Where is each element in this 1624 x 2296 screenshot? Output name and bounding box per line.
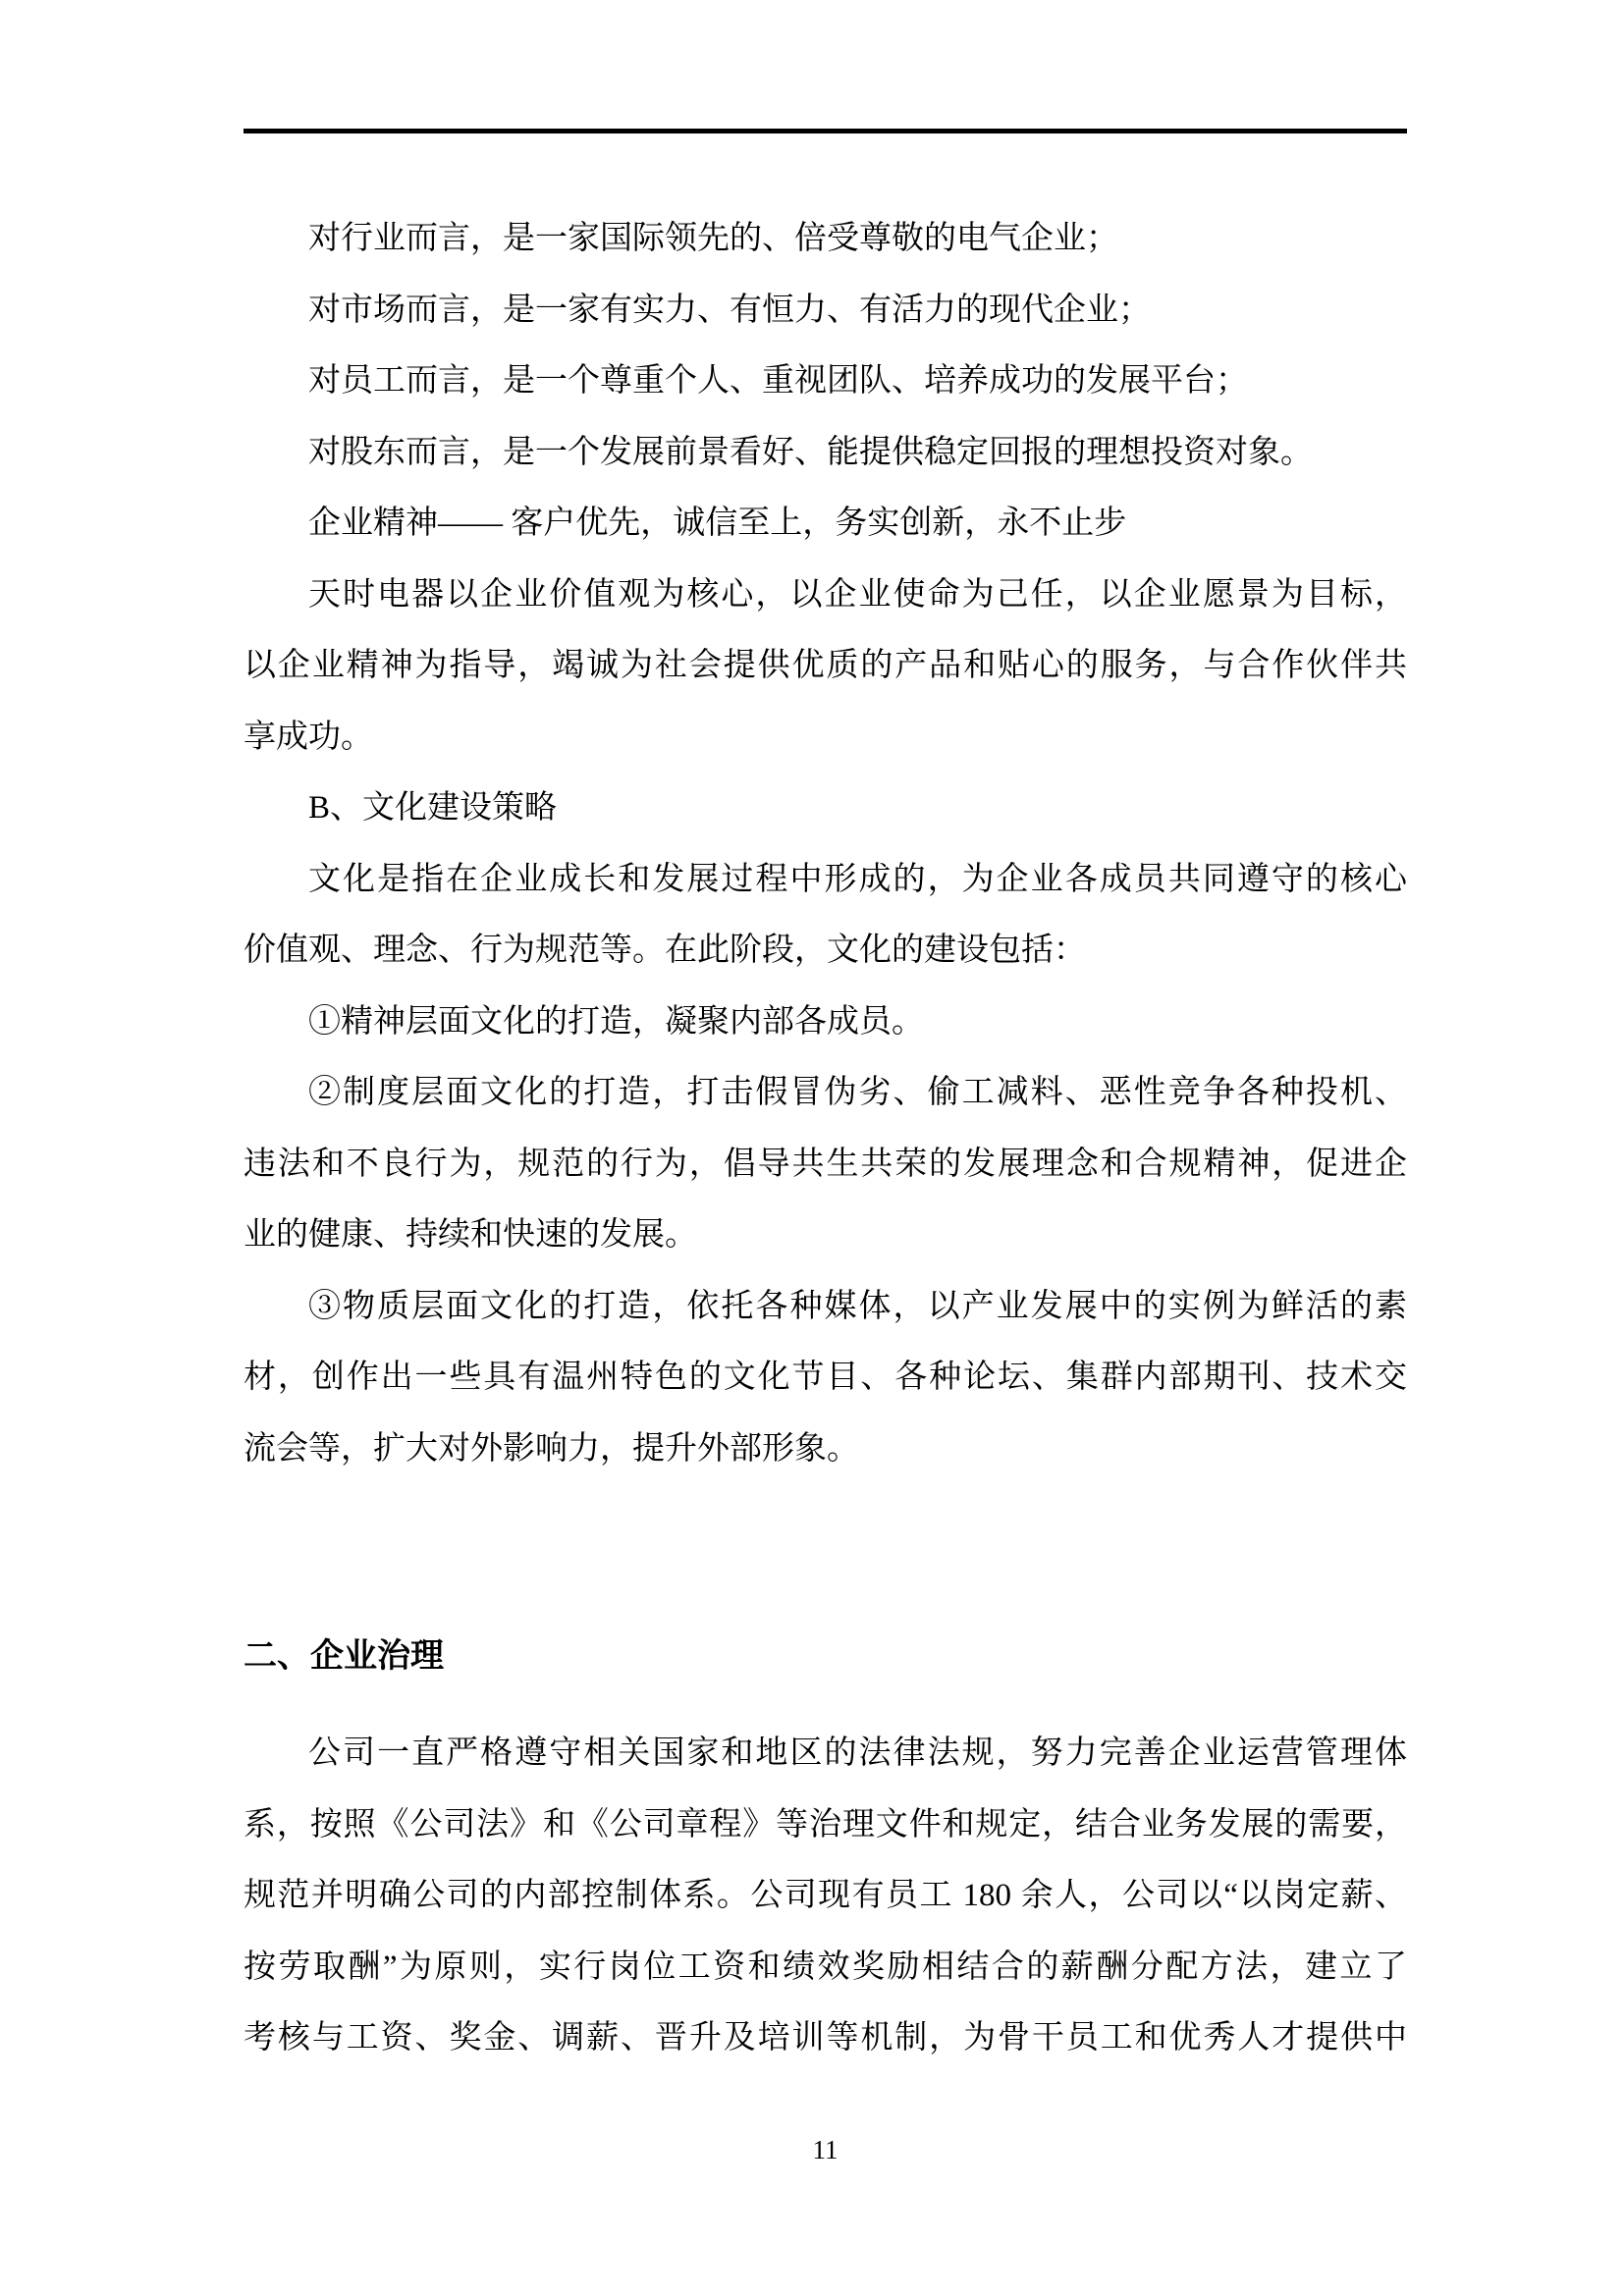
text-line: 公司一直严格遵守相关国家和地区的法律法规，努力完善企业运营管理体 xyxy=(244,1718,1407,1789)
text-line: B、文化建设策略 xyxy=(244,773,1407,844)
text-line: 业的健康、持续和快速的发展。 xyxy=(244,1200,1407,1271)
text-line: 对行业而言，是一家国际领先的、倍受尊敬的电气企业； xyxy=(244,203,1407,275)
text-line: ①精神层面文化的打造，凝聚内部各成员。 xyxy=(244,987,1407,1058)
text-line: ②制度层面文化的打造，打击假冒伪劣、偷工减料、恶性竞争各种投机、 xyxy=(244,1057,1407,1129)
text-line: 以企业精神为指导，竭诚为社会提供优质的产品和贴心的服务，与合作伙伴共 xyxy=(244,630,1407,702)
text-line: ③物质层面文化的打造，依托各种媒体，以产业发展中的实例为鲜活的素 xyxy=(244,1271,1407,1343)
text-line: 享成功。 xyxy=(244,702,1407,774)
text-line: 系，按照《公司法》和《公司章程》等治理文件和规定，结合业务发展的需要， xyxy=(244,1789,1407,1861)
section-heading-corporate-governance: 二、企业治理 xyxy=(244,1621,1407,1692)
text-line: 对股东而言，是一个发展前景看好、能提供稳定回报的理想投资对象。 xyxy=(244,417,1407,489)
text-line: 对员工而言，是一个尊重个人、重视团队、培养成功的发展平台； xyxy=(244,346,1407,417)
text-line: 按劳取酬”为原则，实行岗位工资和绩效奖励相结合的薪酬分配方法，建立了 xyxy=(244,1932,1407,2003)
text-line: 违法和不良行为，规范的行为，倡导共生共荣的发展理念和合规精神，促进企 xyxy=(244,1129,1407,1201)
body-text-block-culture: 对行业而言，是一家国际领先的、倍受尊敬的电气企业；对市场而言，是一家有实力、有恒… xyxy=(244,203,1407,1484)
body-text-block-governance: 公司一直严格遵守相关国家和地区的法律法规，努力完善企业运营管理体系，按照《公司法… xyxy=(244,1718,1407,2074)
document-page: 对行业而言，是一家国际领先的、倍受尊敬的电气企业；对市场而言，是一家有实力、有恒… xyxy=(0,0,1624,2296)
header-rule xyxy=(244,129,1407,133)
text-line: 文化是指在企业成长和发展过程中形成的，为企业各成员共同遵守的核心 xyxy=(244,844,1407,916)
text-line: 流会等，扩大对外影响力，提升外部形象。 xyxy=(244,1414,1407,1485)
text-line: 企业精神—— 客户优先，诚信至上，务实创新，永不止步 xyxy=(244,488,1407,560)
text-line: 规范并明确公司的内部控制体系。公司现有员工 180 余人，公司以“以岗定薪、 xyxy=(244,1860,1407,1932)
text-line: 考核与工资、奖金、调薪、晋升及培训等机制，为骨干员工和优秀人才提供中 xyxy=(244,2002,1407,2074)
page-number: 11 xyxy=(244,2132,1407,2167)
text-line: 价值观、理念、行为规范等。在此阶段，文化的建设包括： xyxy=(244,915,1407,987)
text-line: 天时电器以企业价值观为核心，以企业使命为己任，以企业愿景为目标， xyxy=(244,560,1407,631)
text-line: 材，创作出一些具有温州特色的文化节目、各种论坛、集群内部期刊、技术交 xyxy=(244,1342,1407,1414)
text-line: 对市场而言，是一家有实力、有恒力、有活力的现代企业； xyxy=(244,275,1407,347)
